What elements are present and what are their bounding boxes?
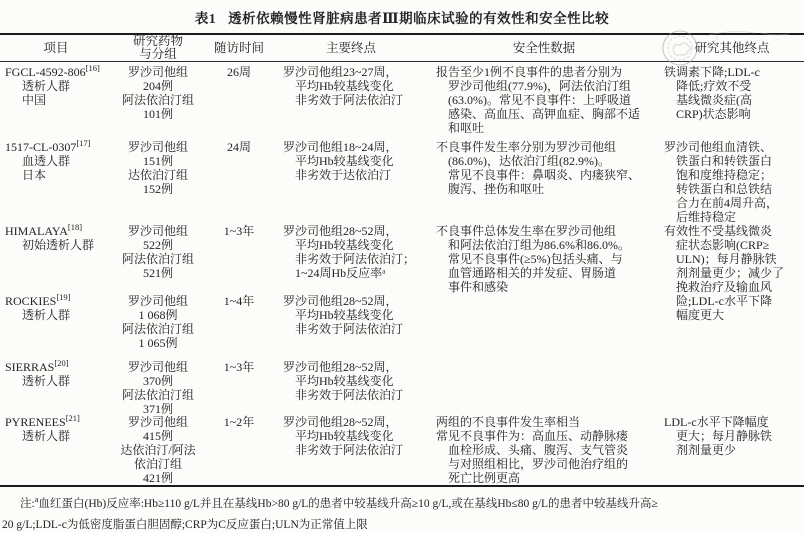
drug-group-cell: 罗沙司他组370例阿法依泊汀组371例	[112, 357, 204, 416]
table-footnote: 注:a血红蛋白(Hb)反应率:Hb≥110 g/L并且在基线Hb>80 g/L的…	[0, 487, 804, 533]
journal-table-page: 表1 透析依赖慢性肾脏病患者Ⅲ期临床试验的有效性和安全性比较 项目 研究药物与分…	[0, 0, 804, 533]
col-header-drug: 研究药物与分组	[112, 35, 204, 61]
study-name: PYRENEES[21]	[5, 415, 112, 429]
other-endpoints-cell: 罗沙司他组血清铁、 铁蛋白和转铁蛋白 饱和度维持稳定； 转铁蛋白和总铁结 合力在…	[660, 137, 804, 224]
reference-marker: [17]	[76, 138, 90, 148]
study-cell: ROCKIES[19] 透析人群	[0, 291, 112, 357]
safety-data-cell	[428, 291, 660, 357]
col-header-other: 研究其他终点	[660, 42, 804, 55]
primary-endpoint-cell: 罗沙司他组23~27周， 平均Hb较基线变化 非劣效于阿法依泊汀	[274, 62, 428, 137]
reference-marker: [18]	[68, 222, 82, 232]
study-subtitle: 透析人群	[5, 374, 112, 388]
safety-data-cell: 报告至少1例不良事件的患者分别为 罗沙司他组(77.9%)，阿法依泊汀组 (63…	[428, 62, 660, 137]
footnote-line-1: 注:a血红蛋白(Hb)反应率:Hb≥110 g/L并且在基线Hb>80 g/L的…	[2, 494, 800, 515]
primary-endpoint-cell: 罗沙司他组28~52周， 平均Hb较基线变化 非劣效于阿法依泊汀	[274, 412, 428, 485]
reference-marker: [21]	[66, 413, 80, 423]
table-row: PYRENEES[21] 透析人群 罗沙司他组415例达依泊汀/阿法依泊汀组42…	[0, 412, 804, 485]
footnote-line-2: 20 g/L;LDL-c为低密度脂蛋白胆固醇;CRP为C反应蛋白;ULN为正常值…	[2, 515, 800, 533]
col-header-primary: 主要终点	[274, 42, 428, 55]
safety-data-cell: 不良事件发生率分别为罗沙司他组 (86.0%)，达依泊汀组(82.9%)。 常见…	[428, 137, 660, 224]
primary-endpoint-cell: 罗沙司他组28~52周， 平均Hb较基线变化 非劣效于阿法依泊汀	[274, 357, 428, 416]
follow-up-cell: 24周	[204, 137, 274, 224]
reference-marker: [19]	[56, 292, 70, 302]
table-number: 表1	[195, 7, 216, 27]
table-title: 表1 透析依赖慢性肾脏病患者Ⅲ期临床试验的有效性和安全性比较	[0, 0, 804, 33]
data-table: 项目 研究药物与分组 随访时间 主要终点 安全性数据 研究其他终点 FGCL-4…	[0, 33, 804, 487]
reference-marker: [16]	[86, 63, 100, 73]
drug-group-cell: 罗沙司他组415例达依泊汀/阿法依泊汀组421例	[112, 412, 204, 485]
drug-group-cell: 罗沙司他组204例阿法依泊汀组101例	[112, 62, 204, 137]
table-row: 1517-CL-0307[17] 血透人群日本 罗沙司他组151例达依泊汀组15…	[0, 137, 804, 221]
col-header-safety: 安全性数据	[428, 42, 660, 55]
drug-group-cell: 罗沙司他组1 068例阿法依泊汀组1 065例	[112, 291, 204, 357]
study-name: HIMALAYA[18]	[5, 224, 112, 238]
study-subtitle: 透析人群	[5, 429, 112, 443]
other-endpoints-cell: 铁调素下降;LDL-c 降低;疗效不受 基线微炎症(高 CRP)状态影响	[660, 62, 804, 137]
follow-up-cell: 1~2年	[204, 412, 274, 485]
study-subtitle: 血透人群日本	[5, 154, 112, 182]
study-subtitle: 初始透析人群	[5, 238, 112, 252]
study-subtitle: 透析人群	[5, 308, 112, 322]
drug-group-cell: 罗沙司他组151例达依泊汀组152例	[112, 137, 204, 224]
study-subtitle: 透析人群中国	[5, 79, 112, 107]
study-cell: FGCL-4592-806[16] 透析人群中国	[0, 62, 112, 137]
table-title-text: 透析依赖慢性肾脏病患者Ⅲ期临床试验的有效性和安全性比较	[228, 7, 609, 27]
safety-data-cell	[428, 357, 660, 416]
study-name: SIERRAS[20]	[5, 360, 112, 374]
follow-up-cell: 26周	[204, 62, 274, 137]
study-cell: SIERRAS[20] 透析人群	[0, 357, 112, 416]
other-endpoints-cell: LDL-c水平下降幅度 更大；每月静脉铁 剂剂量更少	[660, 412, 804, 485]
table-row: SIERRAS[20] 透析人群 罗沙司他组370例阿法依泊汀组371例 1~3…	[0, 357, 804, 412]
reference-marker: [20]	[54, 358, 68, 368]
primary-endpoint-cell: 罗沙司他组18~24周， 平均Hb较基线变化 非劣效于达依泊汀	[274, 137, 428, 224]
safety-data-cell: 两组的不良事件发生率相当常见不良事件为：高血压、动静脉瘘 血栓形成、头痛、腹泻、…	[428, 412, 660, 485]
study-cell: PYRENEES[21] 透析人群	[0, 412, 112, 485]
study-cell: 1517-CL-0307[17] 血透人群日本	[0, 137, 112, 224]
other-endpoints-cell	[660, 357, 804, 416]
col-header-followup: 随访时间	[204, 42, 274, 55]
col-header-item: 项目	[0, 42, 112, 55]
primary-endpoint-cell: 罗沙司他组28~52周， 平均Hb较基线变化 非劣效于阿法依泊汀	[274, 291, 428, 357]
table-row: ROCKIES[19] 透析人群 罗沙司他组1 068例阿法依泊汀组1 065例…	[0, 291, 804, 357]
table-row: HIMALAYA[18] 初始透析人群 罗沙司他组522例阿法依泊汀组521例 …	[0, 221, 804, 291]
other-endpoints-cell	[660, 291, 804, 357]
study-name: 1517-CL-0307[17]	[5, 140, 112, 154]
study-name: FGCL-4592-806[16]	[5, 65, 112, 79]
table-row: FGCL-4592-806[16] 透析人群中国 罗沙司他组204例阿法依泊汀组…	[0, 62, 804, 137]
study-name: ROCKIES[19]	[5, 294, 112, 308]
follow-up-cell: 1~3年	[204, 357, 274, 416]
follow-up-cell: 1~4年	[204, 291, 274, 357]
table-header-row: 项目 研究药物与分组 随访时间 主要终点 安全性数据 研究其他终点	[0, 35, 804, 62]
